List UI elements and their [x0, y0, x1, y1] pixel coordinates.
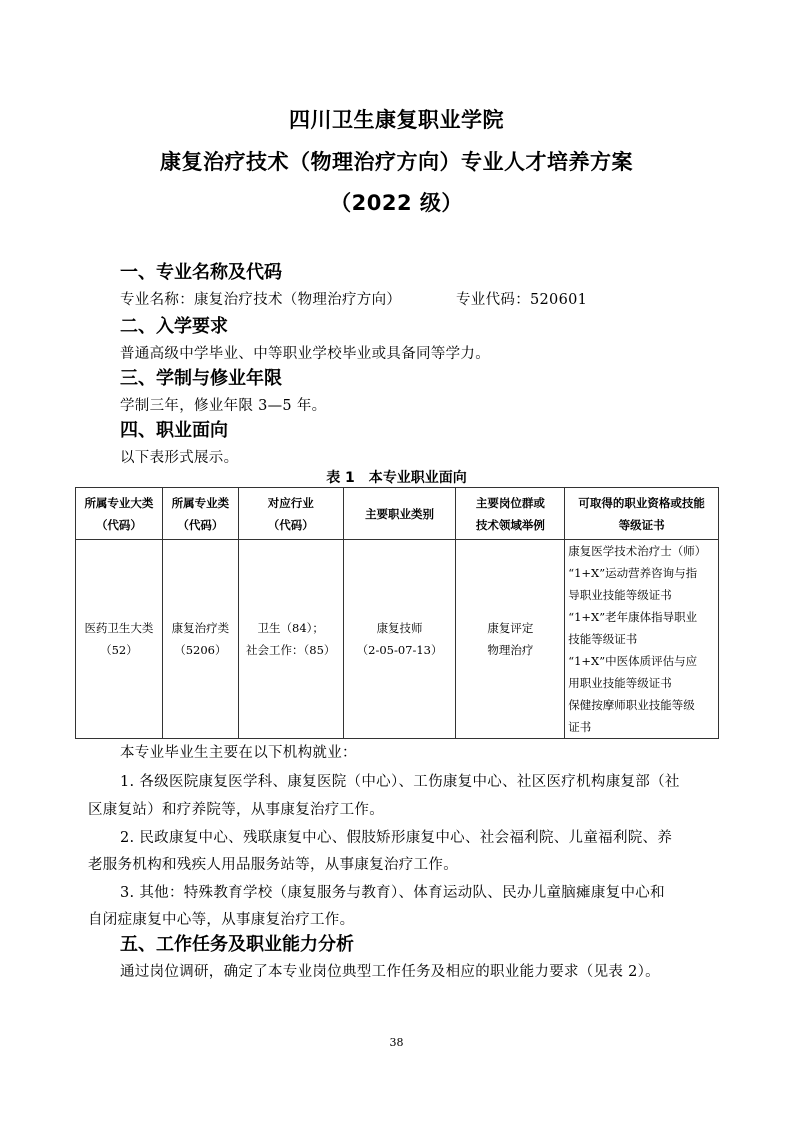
- section-3-heading: 三、学制与修业年限: [120, 364, 282, 390]
- major-code: 专业代码：520601: [456, 288, 587, 309]
- cell-occupation: 康复技师（2-05-07-13）: [343, 540, 456, 739]
- section-4-heading: 四、职业面向: [120, 416, 228, 442]
- major-name: 专业名称：康复治疗技术（物理治疗方向）: [120, 288, 401, 309]
- table-header-row: 所属专业大类（代码） 所属专业类（代码） 对应行业（代码） 主要职业类别 主要岗…: [76, 488, 719, 540]
- section-5-heading: 五、工作任务及职业能力分析: [120, 930, 354, 956]
- section-5-text: 通过岗位调研，确定了本专业岗位典型工作任务及相应的职业能力要求（见表 2）。: [120, 960, 660, 981]
- employment-item-1: 1. 各级医院康复医学科、康复医院（中心）、工伤康复中心、社区医疗机构康复部（社: [120, 770, 680, 791]
- employment-item-2: 2. 民政康复中心、残联康复中心、假肢矫形康复中心、社会福利院、儿童福利院、养: [120, 826, 672, 847]
- table-intro-text: 以下表形式展示。: [120, 446, 238, 467]
- title-year: （2022 级）: [0, 187, 793, 217]
- cell-major-class: 康复治疗类（5206）: [162, 540, 238, 739]
- header-occupation: 主要职业类别: [343, 488, 456, 540]
- section-1-heading: 一、专业名称及代码: [120, 258, 282, 284]
- table-row: 医药卫生大类（52） 康复治疗类（5206） 卫生（84）；社会工作：（85） …: [76, 540, 719, 739]
- employment-item-1-cont: 区康复站）和疗养院等，从事康复治疗工作。: [88, 798, 384, 819]
- header-major-class: 所属专业类（代码）: [162, 488, 238, 540]
- employment-intro: 本专业毕业生主要在以下机构就业：: [120, 741, 357, 762]
- employment-item-2-cont: 老服务机构和残疾人用品服务站等，从事康复治疗工作。: [88, 853, 458, 874]
- header-certificates: 可取得的职业资格或技能等级证书: [565, 488, 719, 540]
- title-program: 康复治疗技术（物理治疗方向）专业人才培养方案: [0, 146, 793, 176]
- career-orientation-table: 所属专业大类（代码） 所属专业类（代码） 对应行业（代码） 主要职业类别 主要岗…: [75, 487, 719, 739]
- title-institution: 四川卫生康复职业学院: [0, 104, 793, 134]
- cell-industry: 卫生（84）；社会工作：（85）: [238, 540, 343, 739]
- table-caption: 表 1 本专业职业面向: [0, 467, 793, 487]
- section-2-heading: 二、入学要求: [120, 312, 228, 338]
- cell-major-category: 医药卫生大类（52）: [76, 540, 163, 739]
- employment-item-3-cont: 自闭症康复中心等，从事康复治疗工作。: [88, 908, 354, 929]
- header-major-category: 所属专业大类（代码）: [76, 488, 163, 540]
- cell-positions: 康复评定物理治疗: [456, 540, 565, 739]
- header-positions: 主要岗位群或技术领域举例: [456, 488, 565, 540]
- page-number: 38: [0, 1036, 793, 1049]
- header-industry: 对应行业（代码）: [238, 488, 343, 540]
- employment-item-3: 3. 其他：特殊教育学校（康复服务与教育）、体育运动队、民办儿童脑瘫康复中心和: [120, 881, 665, 902]
- cell-certificates: 康复医学技术治疗士（师） “1+X”运动营养咨询与指 导职业技能等级证书 “1+…: [565, 540, 719, 739]
- admission-text: 普通高级中学毕业、中等职业学校毕业或具备同等学力。: [120, 342, 490, 363]
- duration-text: 学制三年，修业年限 3—5 年。: [120, 394, 326, 415]
